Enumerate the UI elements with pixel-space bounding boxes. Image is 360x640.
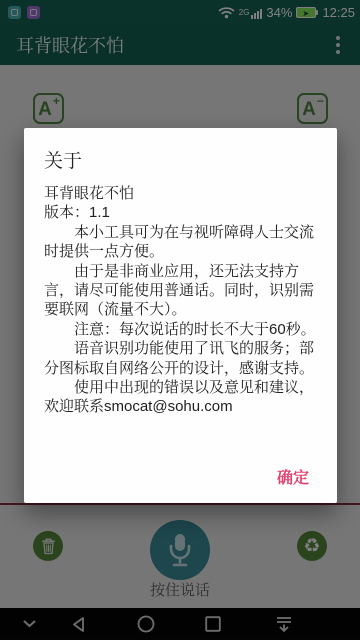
about-dialog: 关于 耳背眼花不怕 版本：1.1 本小工具可为在与视听障碍人士交流时提供一点方便… — [24, 128, 337, 503]
dialog-confirm-button[interactable]: 确定 — [277, 465, 309, 488]
dialog-body-text: 耳背眼花不怕 版本：1.1 本小工具可为在与视听障碍人士交流时提供一点方便。 由… — [24, 184, 337, 417]
dialog-title: 关于 — [24, 128, 337, 173]
phone-screen: 2G 34% ➤ 12:25 耳背眼花不怕 A+ A− — [0, 0, 360, 640]
